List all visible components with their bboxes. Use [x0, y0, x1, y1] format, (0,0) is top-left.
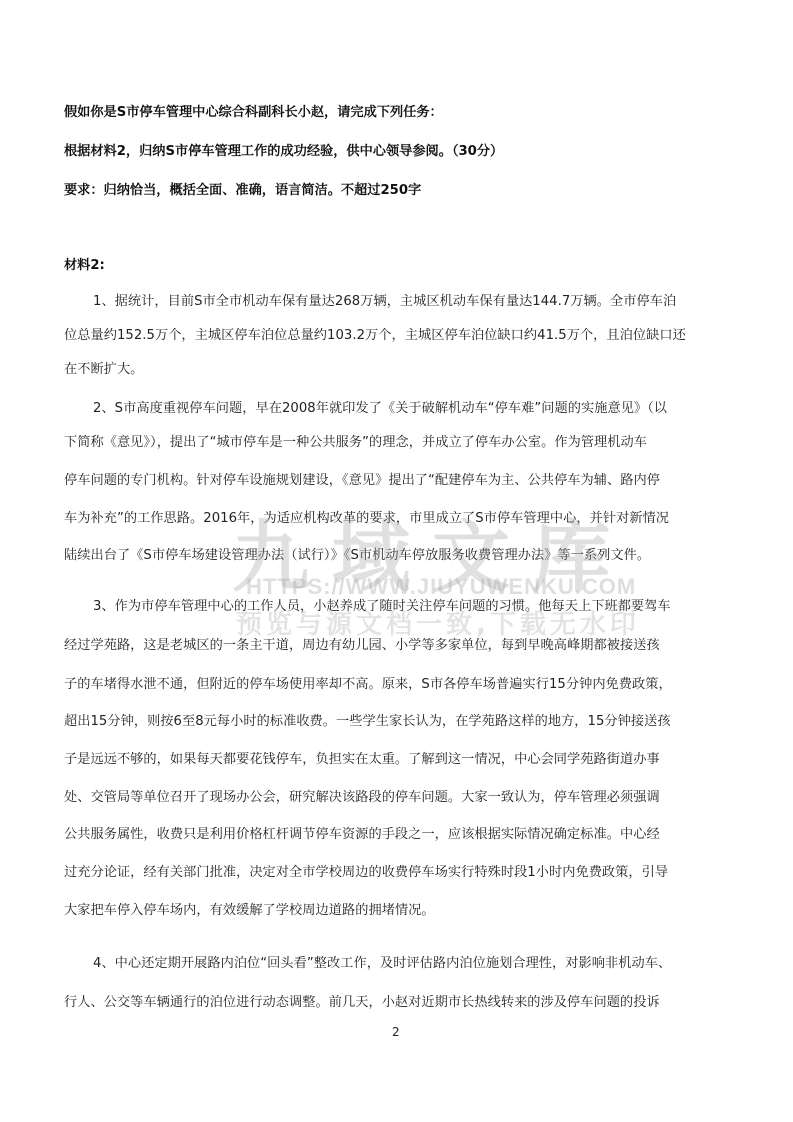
watermark-url: HTTPS://WWW.JIUYUWENKU.COM [246, 574, 636, 600]
material-title: 材料2: [64, 257, 105, 275]
task-requirement: 要求：归纳恰当，概括全面、准确，语言简洁。不超过250字 [64, 182, 421, 200]
paragraph-3-line-9: 大家把车停入停车场内，有效缓解了学校周边道路的拥堵情况。 [64, 902, 435, 920]
paragraph-2-line-3: 停车问题的专门机构。针对停车设施规划建设，《意见》提出了“配建停车为主、公共停车… [64, 472, 660, 490]
task-question: 根据材料2，归纳S市停车管理工作的成功经验，供中心领导参阅。（30分） [64, 143, 503, 161]
paragraph-3-line-6: 处、交管局等单位召开了现场办公会，研究解决该路段的停车问题。大家一致认为，停车管… [64, 789, 660, 807]
page-number: 2 [392, 1025, 400, 1039]
task-intro: 假如你是S市停车管理中心综合科副科长小赵，请完成下列任务： [64, 104, 443, 122]
paragraph-2-line-2: 下简称《意见》），提出了“城市停车是一种公共服务”的理念，并成立了停车办公室。作… [64, 434, 647, 452]
paragraph-4-line-2: 行人、公交等车辆通行的泊位进行动态调整。前几天，小赵对近期市长热线转来的涉及停车… [64, 994, 660, 1012]
paragraph-1-line-2: 位总量约152.5万个，主城区停车泊位总量约103.2万个，主城区停车泊位缺口约… [64, 327, 686, 345]
paragraph-1-line-3: 在不断扩大。 [64, 361, 143, 379]
paragraph-2-line-5: 陆续出台了《S市停车场建设管理办法（试行）》《S市机动车停放服务收费管理办法》等… [64, 547, 650, 565]
paragraph-2-line-4: 车为补充”的工作思路。2016年，为适应机构改革的要求，市里成立了S市停车管理中… [64, 510, 669, 528]
paragraph-3-line-3: 子的车堵得水泄不通，但附近的停车场使用率却不高。原来，S市各停车场普遍实行15分… [64, 676, 672, 694]
paragraph-3-line-5: 子是远远不够的，如果每天都要花钱停车，负担实在太重。了解到这一情况，中心会同学苑… [64, 751, 660, 769]
paragraph-3-line-8: 过充分论证，经有关部门批准，决定对全市学校周边的收费停车场实行特殊时段1小时内免… [64, 864, 668, 882]
paragraph-3-line-1: 3、作为市停车管理中心的工作人员，小赵养成了随时关注停车问题的习惯。他每天上下班… [93, 598, 671, 616]
paragraph-3-line-7: 公共服务属性，收费只是利用价格杠杆调节停车资源的手段之一，应该根据实际情况确定标… [64, 826, 660, 844]
paragraph-3-line-4: 超出15分钟，则按6至8元每小时的标准收费。一些学生家长认为，在学苑路这样的地方… [64, 713, 671, 731]
paragraph-4-line-1: 4、中心还定期开展路内泊位“回头看”整改工作，及时评估路内泊位施划合理性，对影响… [93, 955, 671, 973]
paragraph-1-line-1: 1、据统计，目前S市全市机动车保有量达268万辆，主城区机动车保有量达144.7… [93, 293, 676, 311]
paragraph-2-line-1: 2、S市高度重视停车问题，早在2008年就印发了《关于破解机动车“停车难”问题的… [93, 400, 667, 418]
paragraph-3-line-2: 经过学苑路，这是老城区的一条主干道，周边有幼儿园、小学等多家单位，每到早晚高峰期… [64, 637, 660, 655]
